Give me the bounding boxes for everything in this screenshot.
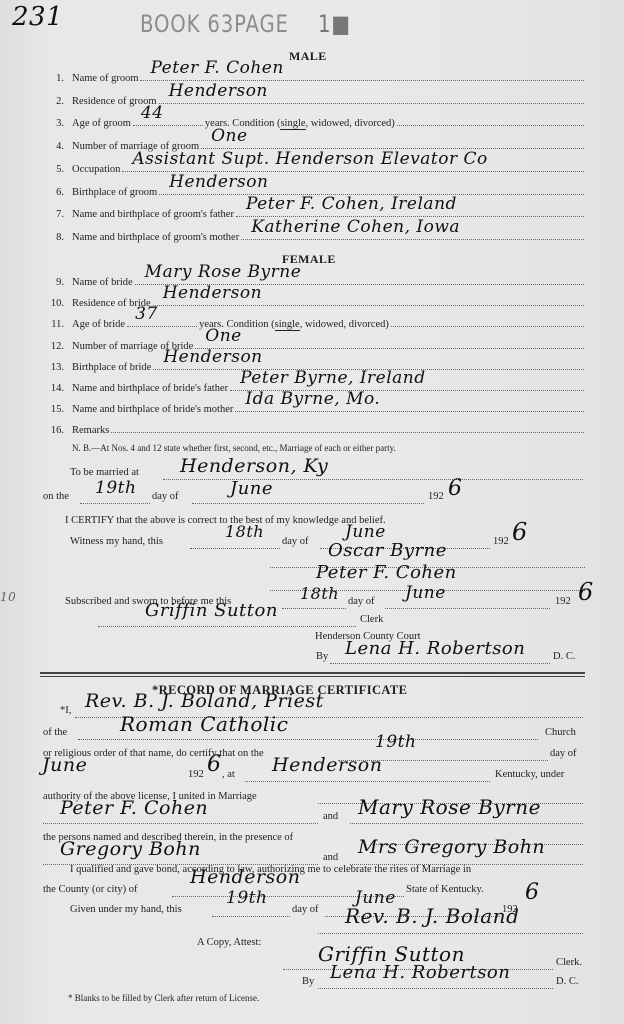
dotted-line (245, 780, 490, 782)
nb-note: N. B.—At Nos. 4 and 12 state whether fir… (72, 443, 396, 453)
attest-label: A Copy, Attest: (197, 937, 261, 948)
day-of-label: day of (152, 491, 179, 502)
field-label: Name and birthplace of groom's mother (72, 232, 239, 243)
attest-dc-label: D. C. (556, 976, 578, 987)
form-field-1: 1.Name of groomPeter F. Cohen (40, 64, 584, 84)
subscribed-year-prefix: 192 (555, 596, 571, 607)
of-the-label: of the (43, 727, 67, 738)
witness-month: June (345, 522, 386, 542)
section-divider (40, 672, 585, 674)
attest-by-label: By (302, 976, 314, 987)
signature-line (318, 987, 553, 989)
church-name: Roman Catholic (120, 712, 288, 736)
field-value: Henderson (163, 283, 262, 303)
field-number: 7. (40, 209, 64, 220)
field-number: 12. (40, 341, 64, 352)
county-value: Henderson (190, 866, 300, 888)
field-value: Ida Byrne, Mo. (245, 389, 380, 409)
field-number: 16. (40, 425, 64, 436)
dotted-line (212, 915, 290, 917)
clerk-label: Clerk (360, 614, 383, 625)
officiant-signature: Rev. B. J. Boland (345, 904, 519, 928)
handwritten-page-number: 231 (12, 2, 63, 32)
ceremony-place: Henderson (272, 754, 382, 776)
field-label: Name of bride (72, 277, 133, 288)
form-field-11: 11.Age of bride37years. Condition (singl… (40, 310, 584, 330)
form-field-9: 9.Name of brideMary Rose Byrne (40, 268, 584, 288)
dotted-line: Ida Byrne, Mo. (235, 410, 584, 412)
witness-day-of: day of (282, 536, 309, 547)
dotted-line: Henderson (159, 102, 584, 104)
field-value: Assistant Supt. Henderson Elevator Co (132, 149, 487, 169)
by-label: By (316, 651, 328, 662)
field-number: 5. (40, 164, 64, 175)
ceremony-day: 19th (375, 732, 416, 752)
dc-label: D. C. (553, 651, 575, 662)
dotted-line (190, 547, 280, 549)
subscribed-day-of: day of (348, 596, 375, 607)
form-field-3: 3.Age of groom44years. Condition (single… (40, 109, 584, 129)
field-value: One (211, 126, 247, 146)
field-number: 13. (40, 362, 64, 373)
field-number: 6. (40, 187, 64, 198)
book-page-stamp: BOOK 63PAGE (140, 10, 289, 38)
given-year: 6 (525, 880, 540, 905)
applicant-signature-2: Peter F. Cohen (316, 562, 457, 583)
witness-label: Witness my hand, this (70, 536, 163, 547)
signature-line (318, 932, 583, 934)
year-prefix: 192 (428, 491, 444, 502)
clerk-signature: Griffin Sutton (145, 600, 278, 621)
field-number: 11. (40, 319, 64, 330)
dotted-line (385, 607, 550, 609)
dotted-line (397, 124, 584, 126)
subscribed-month: June (405, 583, 446, 603)
witness-day: 18th (225, 522, 264, 541)
field-value: Mary Rose Byrne (145, 262, 302, 282)
and-label-2: and (323, 852, 338, 863)
field-value: 44 (141, 103, 164, 123)
footnote: * Blanks to be filled by Clerk after ret… (68, 993, 259, 1003)
i-label: *I, (60, 705, 71, 716)
field-number: 8. (40, 232, 64, 243)
and-label-1: and (323, 811, 338, 822)
field-label: Birthplace of groom (72, 187, 157, 198)
kentucky-label: Kentucky, under (495, 769, 564, 780)
given-label: Given under my hand, this (70, 904, 182, 915)
field-number: 9. (40, 277, 64, 288)
dotted-line (192, 502, 424, 504)
field-number: 3. (40, 118, 64, 129)
form-field-10: 10.Residence of brideHenderson (40, 289, 584, 309)
condition-selected: single (275, 319, 300, 331)
dotted-line (111, 431, 584, 433)
signature-line (98, 625, 356, 627)
field-label: Name and birthplace of bride's father (72, 383, 228, 394)
field-value: One (205, 326, 241, 346)
field-label: Remarks (72, 425, 109, 436)
attest-clerk-label: Clerk. (556, 957, 582, 968)
ceremony-day-of: day of (550, 748, 577, 759)
section-divider-thin (40, 676, 585, 677)
field-number: 4. (40, 141, 64, 152)
married-bride: Mary Rose Byrne (358, 795, 541, 819)
form-field-8: 8.Name and birthplace of groom's motherK… (40, 223, 584, 243)
field-value: Henderson (163, 347, 262, 367)
field-number: 10. (40, 298, 64, 309)
given-day: 19th (226, 888, 267, 908)
marriage-place: Henderson, Ky (180, 455, 328, 477)
field-label: Occupation (72, 164, 120, 175)
field-value: Henderson (169, 172, 268, 192)
ceremony-month: June (42, 754, 87, 776)
field-value: Peter F. Cohen (150, 58, 283, 78)
signature-line (330, 662, 550, 664)
dotted-line (78, 738, 538, 740)
field-value: 37 (135, 304, 158, 324)
ceremony-year: 6 (207, 752, 222, 777)
state-label: State of Kentucky. (406, 884, 484, 895)
ceremony-witness-2: Mrs Gregory Bohn (358, 836, 545, 858)
officiant-name: Rev. B. J. Boland, Priest (85, 690, 324, 712)
field-label: Name of groom (72, 73, 138, 84)
applicant-signature-1: Oscar Byrne (328, 540, 447, 561)
marriage-day: 19th (95, 478, 136, 498)
ceremony-year-prefix: 192 (188, 769, 204, 780)
dotted-line: 37 (127, 325, 197, 327)
field-number: 14. (40, 383, 64, 394)
dotted-line (282, 607, 346, 609)
dotted-line (163, 478, 583, 480)
form-field-12: 12.Number of marriage of brideOne (40, 332, 584, 352)
marriage-month: June (230, 478, 273, 499)
margin-mark: 10 (0, 590, 16, 604)
male-heading: MALE (289, 49, 327, 64)
field-value: Henderson (169, 81, 268, 101)
form-field-2: 2.Residence of groomHenderson (40, 87, 584, 107)
married-groom: Peter F. Cohen (60, 797, 208, 819)
dotted-line (43, 822, 318, 824)
book-page-stamp-number: 1■ (318, 10, 351, 38)
dotted-line: Henderson (153, 304, 584, 306)
field-label: Age of bride (72, 319, 125, 330)
scanned-marriage-record: 231 BOOK 63PAGE 1■ MALE 1.Name of groomP… (0, 0, 624, 1024)
dotted-line (350, 822, 583, 824)
church-label: Church (545, 727, 576, 738)
to-be-married-label: To be married at (70, 467, 139, 478)
marriage-year: 6 (448, 476, 463, 501)
deputy-clerk-signature: Lena H. Robertson (345, 638, 525, 659)
subscribed-day: 18th (300, 584, 339, 603)
field-label: Name and birthplace of groom's father (72, 209, 234, 220)
dotted-line: Katherine Cohen, Iowa (241, 238, 584, 240)
attest-deputy-signature: Lena H. Robertson (330, 962, 510, 983)
form-field-15: 15.Name and birthplace of bride's mother… (40, 395, 584, 415)
form-field-5: 5.OccupationAssistant Supt. Henderson El… (40, 155, 584, 175)
form-field-16: 16.Remarks (40, 416, 584, 436)
field-number: 15. (40, 404, 64, 415)
subscribed-year: 6 (578, 578, 594, 606)
field-label: Age of groom (72, 118, 131, 129)
witness-year-prefix: 192 (493, 536, 509, 547)
condition-selected: single (280, 118, 305, 130)
dotted-line (391, 325, 584, 327)
field-value: Peter Byrne, Ireland (240, 368, 426, 388)
on-the-label: on the (43, 491, 69, 502)
county-label: the County (or city) of (43, 884, 137, 895)
ceremony-witness-1: Gregory Bohn (60, 838, 201, 860)
field-label: Name and birthplace of bride's mother (72, 404, 233, 415)
dotted-line (80, 502, 150, 504)
field-value: Katherine Cohen, Iowa (251, 217, 460, 237)
field-number: 2. (40, 96, 64, 107)
at-label: , at (222, 769, 235, 780)
field-number: 1. (40, 73, 64, 84)
given-day-of: day of (292, 904, 319, 915)
witness-year: 6 (512, 518, 528, 546)
dotted-line: 44 (133, 124, 203, 126)
field-value: Peter F. Cohen, Ireland (246, 194, 457, 214)
field-label: Birthplace of bride (72, 362, 151, 373)
